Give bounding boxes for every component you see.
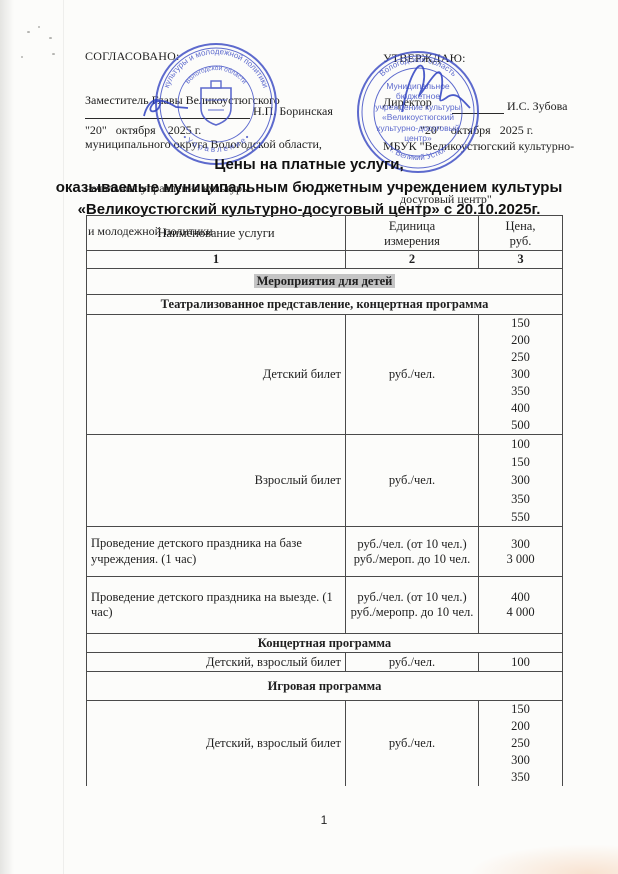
section-title: Театрализованное представление, концертн… (87, 295, 563, 315)
doc-title-line2: оказываемые муниципальным бюджетным учре… (40, 179, 578, 196)
section-title: Мероприятия для детей (87, 269, 563, 295)
col-num-2: 2 (346, 251, 479, 269)
col-num-1: 1 (87, 251, 346, 269)
service-unit: руб./чел. (от 10 чел.) руб./меропр. до 1… (346, 577, 479, 634)
service-name: Проведение детского праздника на базе уч… (87, 527, 346, 577)
scan-speck (21, 56, 23, 58)
service-name: Проведение детского праздника на выезде.… (87, 577, 346, 634)
stamp-inner-ring-text: Вологодской области (184, 64, 247, 86)
service-prices: 400 4 000 (479, 577, 563, 634)
svg-text:• У п р а в л е н и е •: • У п р а в л е н и е • (181, 133, 252, 154)
service-prices: 150 200 250 300 350 (479, 701, 563, 787)
service-unit: руб./чел. (346, 701, 479, 787)
scan-smudge (468, 844, 618, 874)
service-prices: 300 3 000 (479, 527, 563, 577)
scanned-document-page: СОГЛАСОВАНО: Заместитель Главы Великоуст… (0, 0, 618, 874)
col-header-price: Цена, руб. (479, 216, 563, 251)
scan-edge-shadow (0, 0, 14, 874)
section-row-concert: Концертная программа (87, 634, 563, 653)
scan-fold-line (63, 0, 64, 874)
approved-signatory-name: И.С. Зубова (507, 99, 567, 113)
table-header-row: Наименование услуги Единица измерения Це… (87, 216, 563, 251)
col-num-3: 3 (479, 251, 563, 269)
doc-title-line1: Цены на платные услуги, (40, 156, 578, 173)
service-unit: руб./чел. (346, 653, 479, 672)
scan-speck (27, 31, 30, 33)
service-name: Детский билет (87, 315, 346, 435)
service-unit: руб./чел. (346, 435, 479, 527)
column-number-row: 1 2 3 (87, 251, 563, 269)
col-header-unit: Единица измерения (346, 216, 479, 251)
service-prices: 150 200 250 300 350 400 500 (479, 315, 563, 435)
signature-zubova (392, 50, 482, 120)
price-table: Наименование услуги Единица измерения Це… (86, 215, 563, 786)
service-unit: руб./чел. (от 10 чел.) руб./мероп. до 10… (346, 527, 479, 577)
service-name: Детский, взрослый билет (87, 653, 346, 672)
table-row-game-ticket: Детский, взрослый билет руб./чел. 150 20… (87, 701, 563, 787)
stamp-ring-text: • У п р а в л е н и е • (181, 133, 252, 154)
table-row-adult-ticket: Взрослый билет руб./чел. 100 150 300 350… (87, 435, 563, 527)
section-title: Игровая программа (87, 672, 563, 701)
scan-speck (38, 26, 40, 28)
signature-borinskaya (138, 92, 218, 124)
scan-speck (49, 37, 52, 39)
section-title: Концертная программа (87, 634, 563, 653)
service-price: 100 (479, 653, 563, 672)
scan-speck (52, 53, 55, 55)
service-prices: 100 150 300 350 550 (479, 435, 563, 527)
col-header-service: Наименование услуги (87, 216, 346, 251)
page-number: 1 (86, 813, 562, 827)
table-row-party-offsite: Проведение детского праздника на выезде.… (87, 577, 563, 634)
table-row-concert-ticket: Детский, взрослый билет руб./чел. 100 (87, 653, 563, 672)
section-row-theatre: Театрализованное представление, концертн… (87, 295, 563, 315)
service-name: Взрослый билет (87, 435, 346, 527)
section-row-game: Игровая программа (87, 672, 563, 701)
table-row-child-ticket: Детский билет руб./чел. 150 200 250 300 … (87, 315, 563, 435)
section-row-children: Мероприятия для детей (87, 269, 563, 295)
table-row-party-base: Проведение детского праздника на базе уч… (87, 527, 563, 577)
svg-text:Вологодской области: Вологодской области (184, 64, 247, 86)
service-unit: руб./чел. (346, 315, 479, 435)
service-name: Детский, взрослый билет (87, 701, 346, 787)
